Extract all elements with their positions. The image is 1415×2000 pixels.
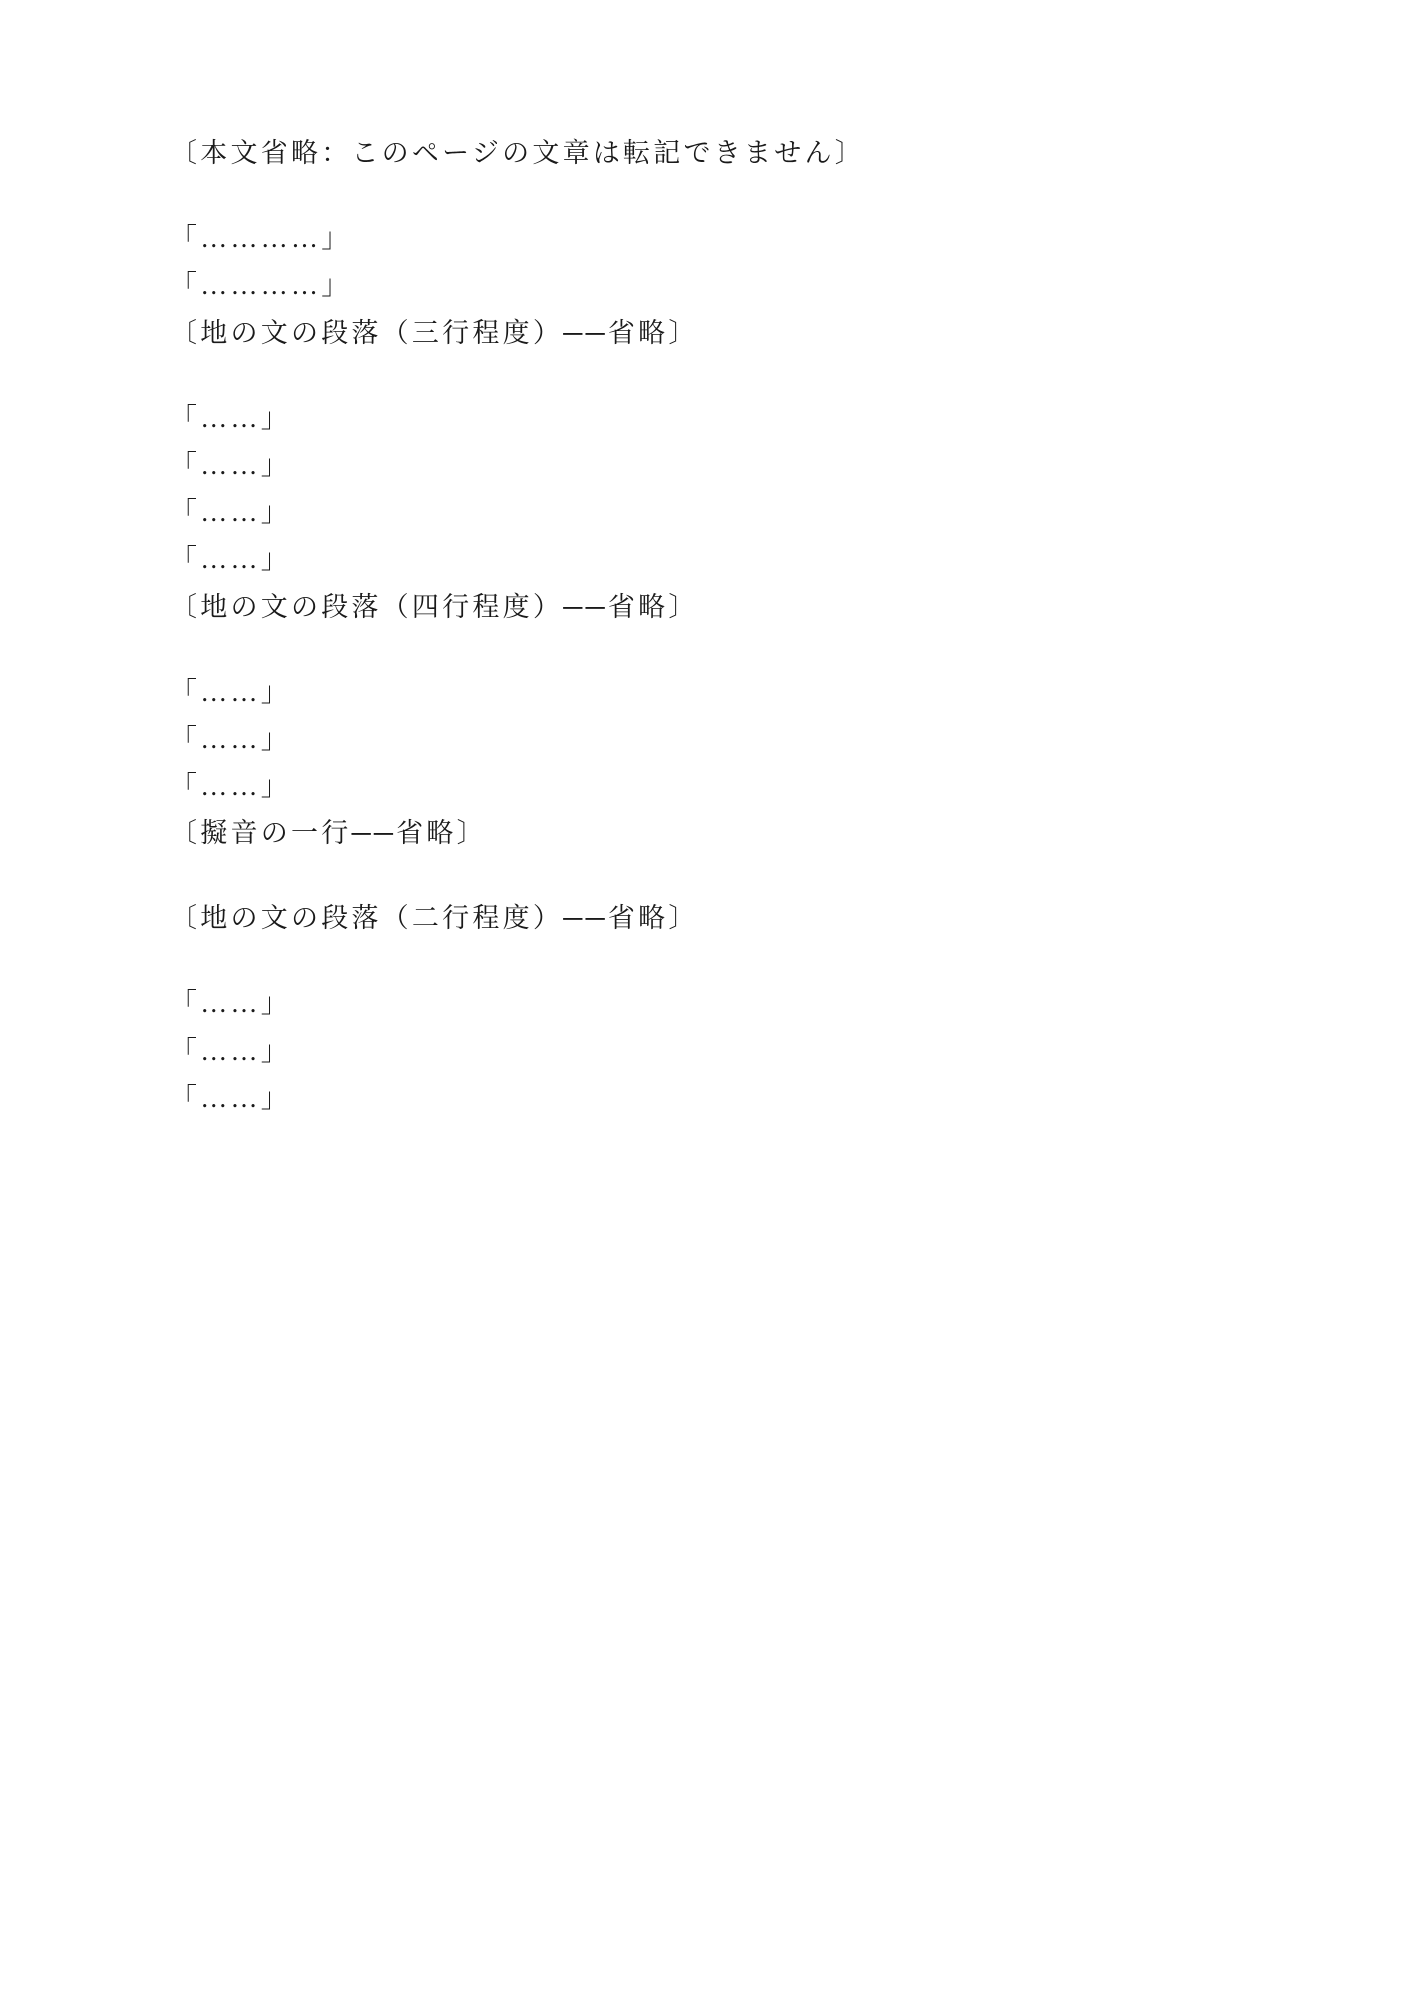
dialogue-line: 「……」 xyxy=(170,489,1245,536)
dialogue-line: 「……」 xyxy=(170,716,1245,763)
dialogue-line: 「……」 xyxy=(170,1028,1245,1075)
dialogue-line: 「…………」 xyxy=(170,262,1245,309)
dialogue-line: 「……」 xyxy=(170,980,1245,1027)
dialogue-line: 「……」 xyxy=(170,669,1245,716)
dialogue-line: 「……」 xyxy=(170,395,1245,442)
dialogue-line: 「……」 xyxy=(170,1075,1245,1122)
document-page: 〔本文省略：このページの文章は転記できません〕「…………」「…………」〔地の文の… xyxy=(0,0,1415,2000)
narration-paragraph: 〔擬音の一行──省略〕 xyxy=(170,810,1245,857)
narration-paragraph: 〔地の文の段落（四行程度）──省略〕 xyxy=(170,584,1245,631)
narration-paragraph: 〔地の文の段落（二行程度）──省略〕 xyxy=(170,895,1245,942)
narration-paragraph: 〔本文省略：このページの文章は転記できません〕 xyxy=(170,130,1245,177)
dialogue-line: 「……」 xyxy=(170,442,1245,489)
narration-paragraph: 〔地の文の段落（三行程度）──省略〕 xyxy=(170,310,1245,357)
text-body: 〔本文省略：このページの文章は転記できません〕「…………」「…………」〔地の文の… xyxy=(170,130,1245,1122)
dialogue-line: 「……」 xyxy=(170,536,1245,583)
dialogue-line: 「……」 xyxy=(170,763,1245,810)
dialogue-line: 「…………」 xyxy=(170,215,1245,262)
